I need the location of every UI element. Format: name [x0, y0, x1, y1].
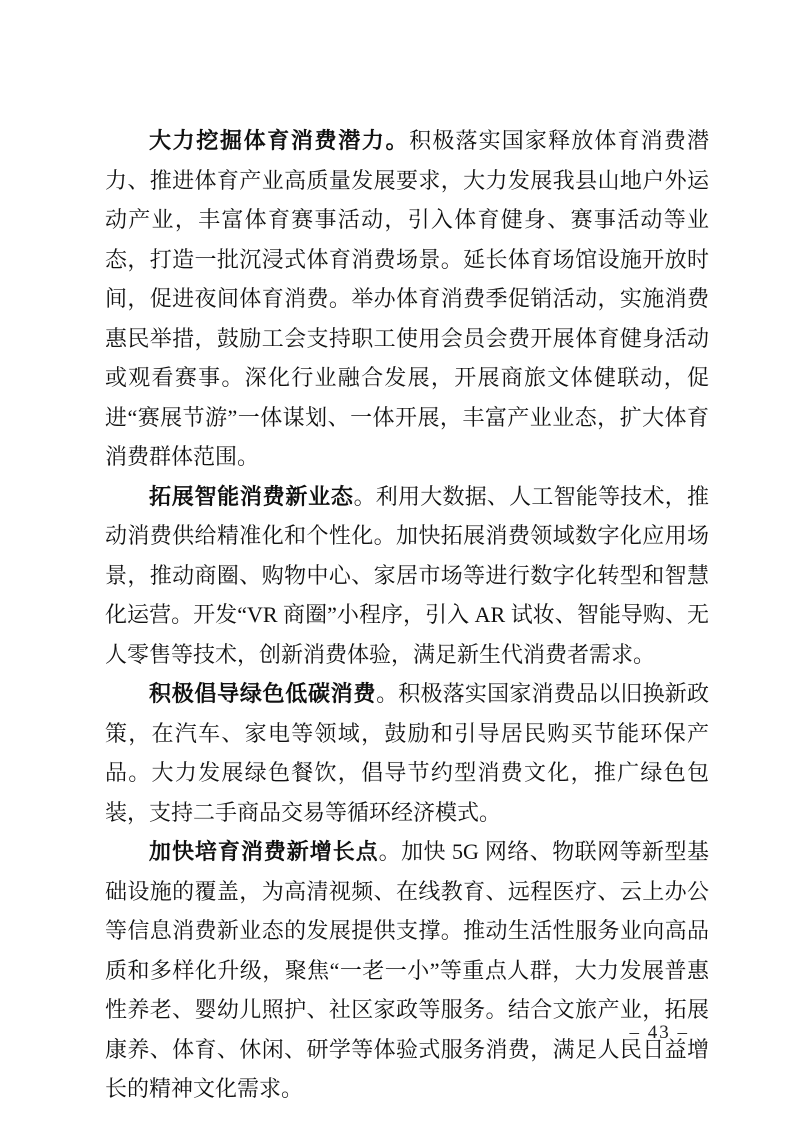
document-body: 大力挖掘体育消费潜力。积极落实国家释放体育消费潜力、推进体育产业高质量发展要求，… — [105, 121, 709, 1109]
paragraph-green-consumption: 积极倡导绿色低碳消费。积极落实国家消费品以旧换新政策，在汽车、家电等领域，鼓励和… — [105, 674, 709, 832]
paragraph-lead: 大力挖掘体育消费潜力。 — [149, 128, 409, 153]
paragraph-body: 。利用大数据、人工智能等技术，推动消费供给精准化和个性化。加快拓展消费领域数字化… — [105, 484, 709, 667]
paragraph-lead: 拓展智能消费新业态 — [149, 484, 354, 509]
paragraph-lead: 积极倡导绿色低碳消费 — [149, 681, 376, 706]
page-number: – 43 – — [630, 1022, 690, 1044]
paragraph-body: 。加快 5G 网络、物联网等新型基础设施的覆盖，为高清视频、在线教育、远程医疗、… — [105, 839, 709, 1101]
paragraph-lead: 加快培育消费新增长点 — [149, 839, 379, 864]
paragraph-new-growth-points: 加快培育消费新增长点。加快 5G 网络、物联网等新型基础设施的覆盖，为高清视频、… — [105, 832, 709, 1109]
paragraph-body: 积极落实国家释放体育消费潜力、推进体育产业高质量发展要求，大力发展我县山地户外运… — [105, 128, 709, 469]
paragraph-smart-consumption: 拓展智能消费新业态。利用大数据、人工智能等技术，推动消费供给精准化和个性化。加快… — [105, 477, 709, 675]
paragraph-sports-consumption: 大力挖掘体育消费潜力。积极落实国家释放体育消费潜力、推进体育产业高质量发展要求，… — [105, 121, 709, 477]
document-page: 大力挖掘体育消费潜力。积极落实国家释放体育消费潜力、推进体育产业高质量发展要求，… — [0, 0, 793, 1122]
